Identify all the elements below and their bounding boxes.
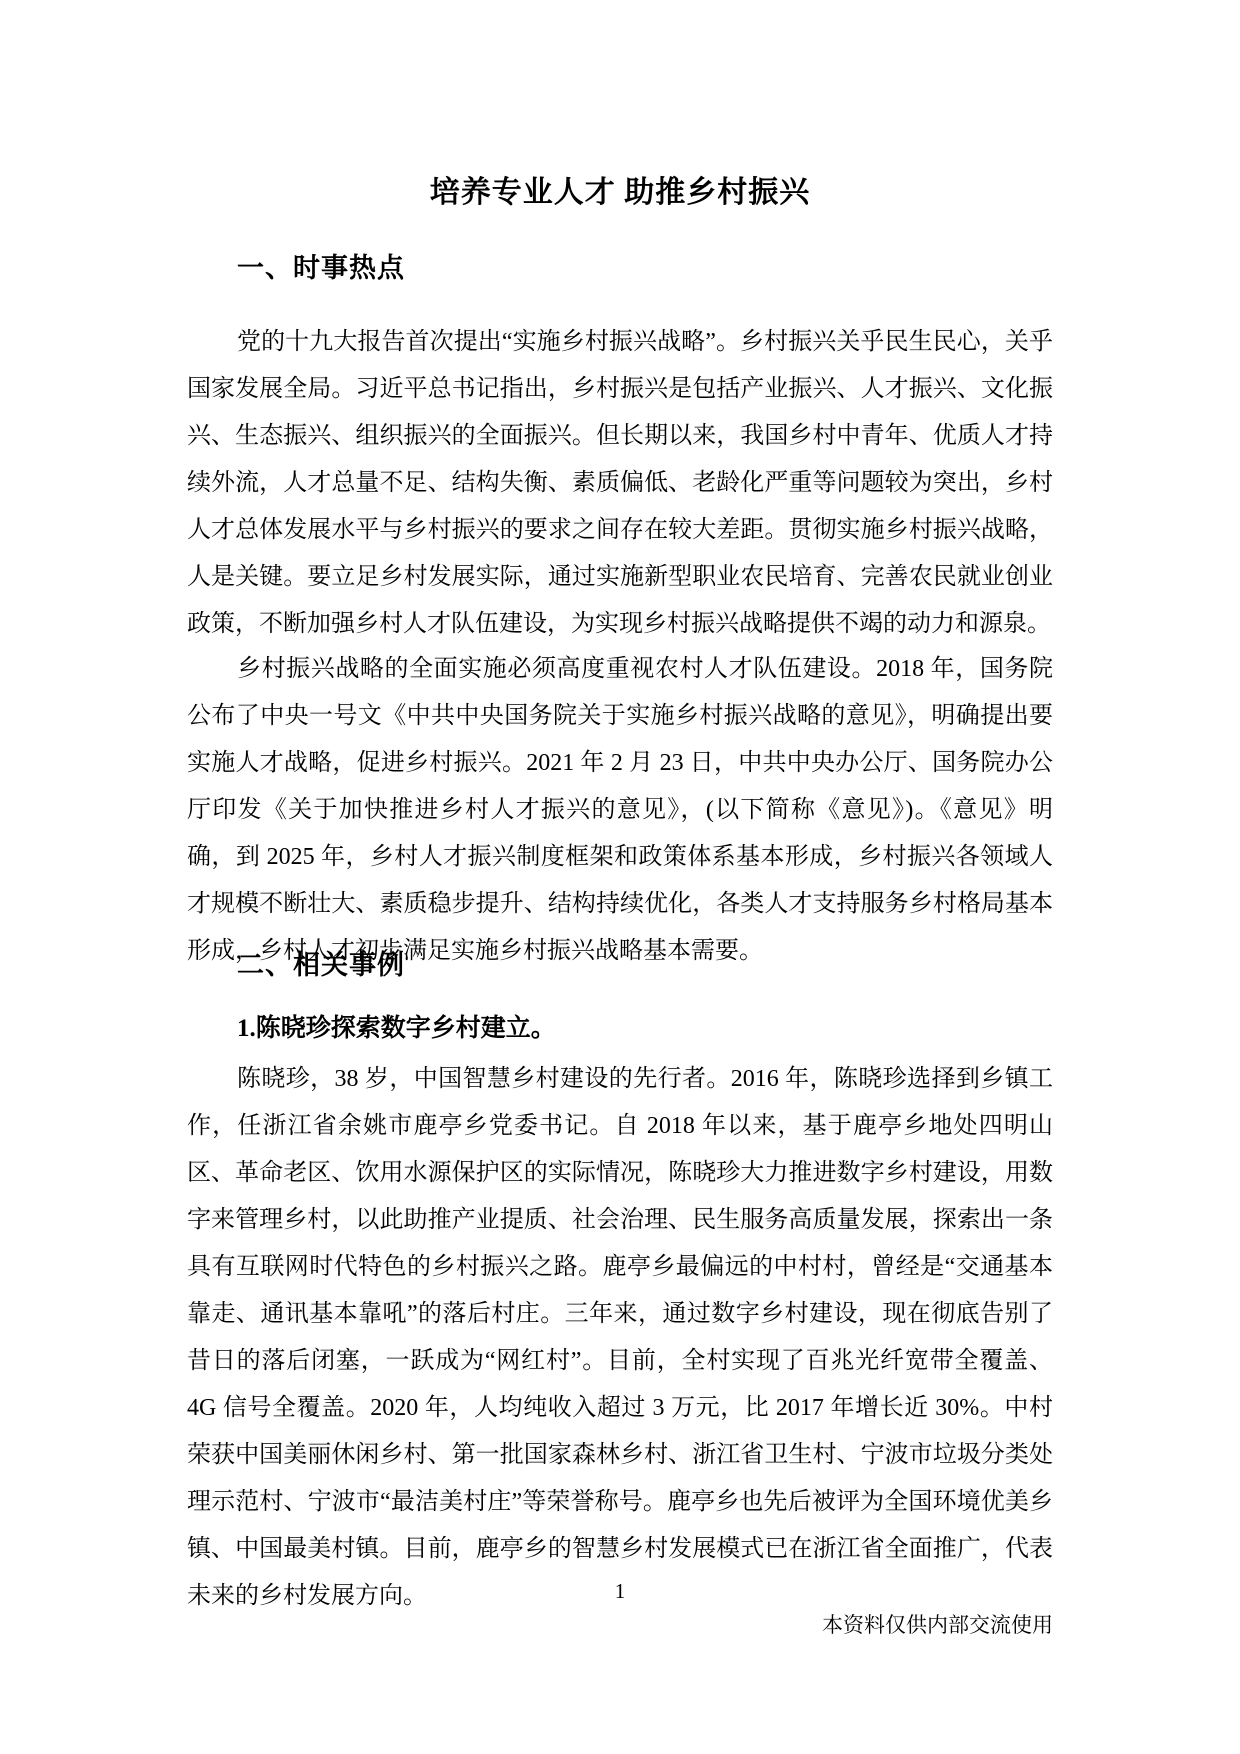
section-heading-related-cases: 二、相关事例 xyxy=(187,945,1053,985)
section-heading-current-affairs: 一、时事热点 xyxy=(187,248,1053,288)
paragraph-chenxiaozhen-digital-village: 陈晓珍，38 岁，中国智慧乡村建设的先行者。2016 年，陈晓珍选择到乡镇工作，… xyxy=(187,1056,1053,1620)
page-number: 1 xyxy=(187,1578,1053,1604)
subsection-heading-chenxiaozhen: 1.陈晓珍探索数字乡村建立。 xyxy=(187,1009,1053,1049)
document-content: 培养专业人才 助推乡村振兴 一、时事热点 党的十九大报告首次提出“实施乡村振兴战… xyxy=(187,0,1053,1754)
paragraph-policy-documents: 乡村振兴战略的全面实施必须高度重视农村人才队伍建设。2018 年，国务院公布了中… xyxy=(187,646,1053,975)
document-page: 培养专业人才 助推乡村振兴 一、时事热点 党的十九大报告首次提出“实施乡村振兴战… xyxy=(0,0,1240,1754)
paragraph-rural-revitalization-strategy: 党的十九大报告首次提出“实施乡村振兴战略”。乡村振兴关乎民生民心，关乎国家发展全… xyxy=(187,319,1053,648)
document-title: 培养专业人才 助推乡村振兴 xyxy=(187,174,1053,212)
footer-note: 本资料仅供内部交流使用 xyxy=(822,1612,1053,1638)
